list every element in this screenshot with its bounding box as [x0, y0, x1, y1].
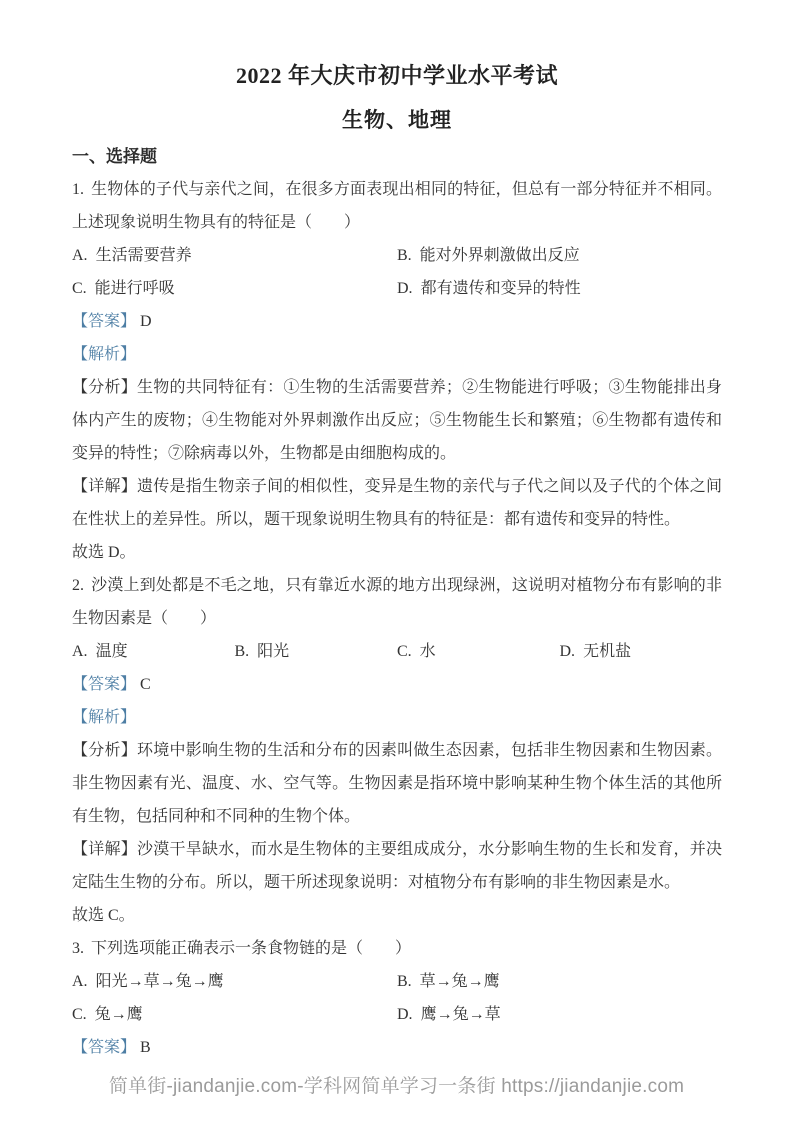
option-b: B.能对外界刺激做出反应 — [397, 239, 722, 272]
option-b: B.阳光 — [235, 635, 398, 668]
analysis-marker: 【解析】 — [72, 338, 722, 371]
detail-text: 遗传是指生物亲子间的相似性，变异是生物的亲代与子代之间以及子代的个体之间在性状上… — [72, 478, 722, 528]
analysis-note-marker: 【分析】 — [72, 379, 137, 396]
question-1-stem: 1.生物体的子代与亲代之间，在很多方面表现出相同的特征，但总有一部分特征并不相同… — [72, 173, 722, 239]
option-text: 阳光→草→兔→鹰 — [96, 973, 224, 990]
option-c: C.水 — [397, 635, 560, 668]
option-label: D. — [560, 643, 576, 660]
option-text: 能对外界刺激做出反应 — [420, 247, 580, 264]
option-d: D.鹰→兔→草 — [397, 998, 722, 1031]
option-label: D. — [397, 280, 413, 297]
option-text: 温度 — [96, 643, 128, 660]
question-3: 3.下列选项能正确表示一条食物链的是（ ） A.阳光→草→兔→鹰 B.草→兔→鹰… — [72, 932, 722, 1064]
question-3-stem: 3.下列选项能正确表示一条食物链的是（ ） — [72, 932, 722, 965]
question-number: 3. — [72, 940, 84, 957]
detail-marker: 【详解】 — [72, 841, 137, 858]
option-text: 能进行呼吸 — [95, 280, 175, 297]
question-2: 2.沙漠上到处都是不毛之地，只有靠近水源的地方出现绿洲，这说明对植物分布有影响的… — [72, 569, 722, 932]
option-d: D.都有遗传和变异的特性 — [397, 272, 722, 305]
answer-line: 【答案】B — [72, 1031, 722, 1064]
option-text: 兔→鹰 — [95, 1006, 143, 1023]
analysis-note-marker: 【分析】 — [72, 742, 137, 759]
option-c: C.能进行呼吸 — [72, 272, 397, 305]
conclusion: 故选 C。 — [72, 899, 722, 932]
answer-line: 【答案】C — [72, 668, 722, 701]
question-2-options: A.温度 B.阳光 C.水 D.无机盐 — [72, 635, 722, 668]
option-c: C.兔→鹰 — [72, 998, 397, 1031]
conclusion: 故选 D。 — [72, 536, 722, 569]
option-label: C. — [397, 643, 412, 660]
detail-text: 沙漠干旱缺水，而水是生物体的主要组成成分，水分影响生物的生长和发育，并决定陆生生… — [72, 841, 722, 891]
option-label: A. — [72, 247, 88, 264]
option-text: 生活需要营养 — [96, 247, 192, 264]
detail-paragraph: 【详解】沙漠干旱缺水，而水是生物体的主要组成成分，水分影响生物的生长和发育，并决… — [72, 833, 722, 899]
option-text: 水 — [420, 643, 436, 660]
option-a: A.温度 — [72, 635, 235, 668]
option-text: 都有遗传和变异的特性 — [421, 280, 581, 297]
analysis-text: 环境中影响生物的生活和分布的因素叫做生态因素，包括非生物因素和生物因素。非生物因… — [72, 742, 722, 825]
option-label: C. — [72, 1006, 87, 1023]
option-label: A. — [72, 973, 88, 990]
option-label: D. — [397, 1006, 413, 1023]
answer-value: B — [140, 1039, 151, 1056]
option-a: A.生活需要营养 — [72, 239, 397, 272]
detail-marker: 【详解】 — [72, 478, 137, 495]
analysis-paragraph: 【分析】生物的共同特征有：①生物的生活需要营养；②生物能进行呼吸；③生物能排出身… — [72, 371, 722, 470]
question-number: 1. — [72, 181, 84, 198]
question-text: 生物体的子代与亲代之间，在很多方面表现出相同的特征，但总有一部分特征并不相同。上… — [72, 181, 722, 231]
analysis-paragraph: 【分析】环境中影响生物的生活和分布的因素叫做生态因素，包括非生物因素和生物因素。… — [72, 734, 722, 833]
section-heading: 一、选择题 — [72, 140, 722, 173]
option-d: D.无机盐 — [560, 635, 723, 668]
answer-value: D — [140, 313, 152, 330]
question-3-options: A.阳光→草→兔→鹰 B.草→兔→鹰 C.兔→鹰 D.鹰→兔→草 — [72, 965, 722, 1031]
option-text: 鹰→兔→草 — [421, 1006, 501, 1023]
option-label: B. — [235, 643, 250, 660]
option-label: B. — [397, 247, 412, 264]
option-b: B.草→兔→鹰 — [397, 965, 722, 998]
page-subtitle: 生物、地理 — [72, 106, 722, 134]
option-label: C. — [72, 280, 87, 297]
answer-value: C — [140, 676, 151, 693]
watermark-footer: 简单街-jiandanjie.com-学科网简单学习一条街 https://ji… — [0, 1071, 793, 1098]
page-title: 2022 年大庆市初中学业水平考试 — [72, 62, 722, 90]
answer-marker: 【答案】 — [72, 313, 136, 330]
question-1-options: A.生活需要营养 B.能对外界刺激做出反应 C.能进行呼吸 D.都有遗传和变异的… — [72, 239, 722, 305]
question-2-stem: 2.沙漠上到处都是不毛之地，只有靠近水源的地方出现绿洲，这说明对植物分布有影响的… — [72, 569, 722, 635]
question-number: 2. — [72, 577, 84, 594]
option-label: B. — [397, 973, 412, 990]
document-page: 2022 年大庆市初中学业水平考试 生物、地理 一、选择题 1.生物体的子代与亲… — [0, 0, 793, 1064]
answer-line: 【答案】D — [72, 305, 722, 338]
option-text: 无机盐 — [583, 643, 631, 660]
question-text: 下列选项能正确表示一条食物链的是（ ） — [91, 940, 411, 957]
analysis-marker: 【解析】 — [72, 701, 722, 734]
option-a: A.阳光→草→兔→鹰 — [72, 965, 397, 998]
option-text: 草→兔→鹰 — [420, 973, 500, 990]
detail-paragraph: 【详解】遗传是指生物亲子间的相似性，变异是生物的亲代与子代之间以及子代的个体之间… — [72, 470, 722, 536]
question-1: 1.生物体的子代与亲代之间，在很多方面表现出相同的特征，但总有一部分特征并不相同… — [72, 173, 722, 569]
analysis-text: 生物的共同特征有：①生物的生活需要营养；②生物能进行呼吸；③生物能排出身体内产生… — [72, 379, 722, 462]
option-text: 阳光 — [257, 643, 289, 660]
option-label: A. — [72, 643, 88, 660]
answer-marker: 【答案】 — [72, 676, 136, 693]
answer-marker: 【答案】 — [72, 1039, 136, 1056]
question-text: 沙漠上到处都是不毛之地，只有靠近水源的地方出现绿洲，这说明对植物分布有影响的非生… — [72, 577, 722, 627]
